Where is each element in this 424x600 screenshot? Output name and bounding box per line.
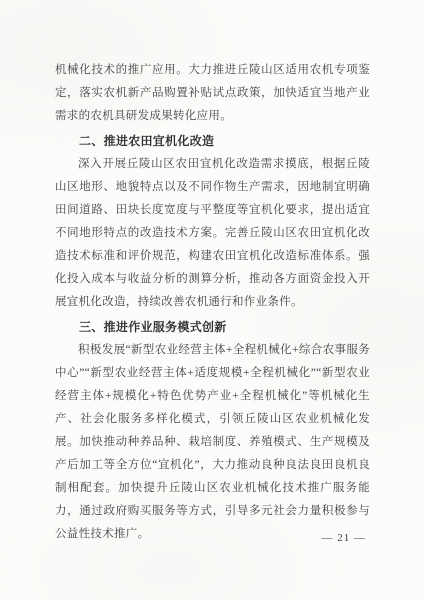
section-3-body: 积极发展“新型农业经营主体+全程机械化+综合农事服务中心”“新型农业经营主体+适… — [55, 339, 370, 546]
section-heading-2: 二、推进农田宜机化改造 — [55, 130, 370, 153]
continuation-paragraph: 机械化技术的推广应用。大力推进丘陵山区适用农机专项鉴定，落实农机新产品购置补贴试… — [55, 59, 370, 128]
document-page: 机械化技术的推广应用。大力推进丘陵山区适用农机专项鉴定，落实农机新产品购置补贴试… — [0, 0, 424, 600]
section-2-body: 深入开展丘陵山区农田宜机化改造需求摸底，根据丘陵山区地形、地貌特点以及不同作物生… — [55, 153, 370, 314]
page-number: — 21 — — [322, 532, 367, 544]
page-content: 机械化技术的推广应用。大力推进丘陵山区适用农机专项鉴定，落实农机新产品购置补贴试… — [55, 59, 370, 546]
section-heading-3: 三、推进作业服务模式创新 — [55, 316, 370, 339]
